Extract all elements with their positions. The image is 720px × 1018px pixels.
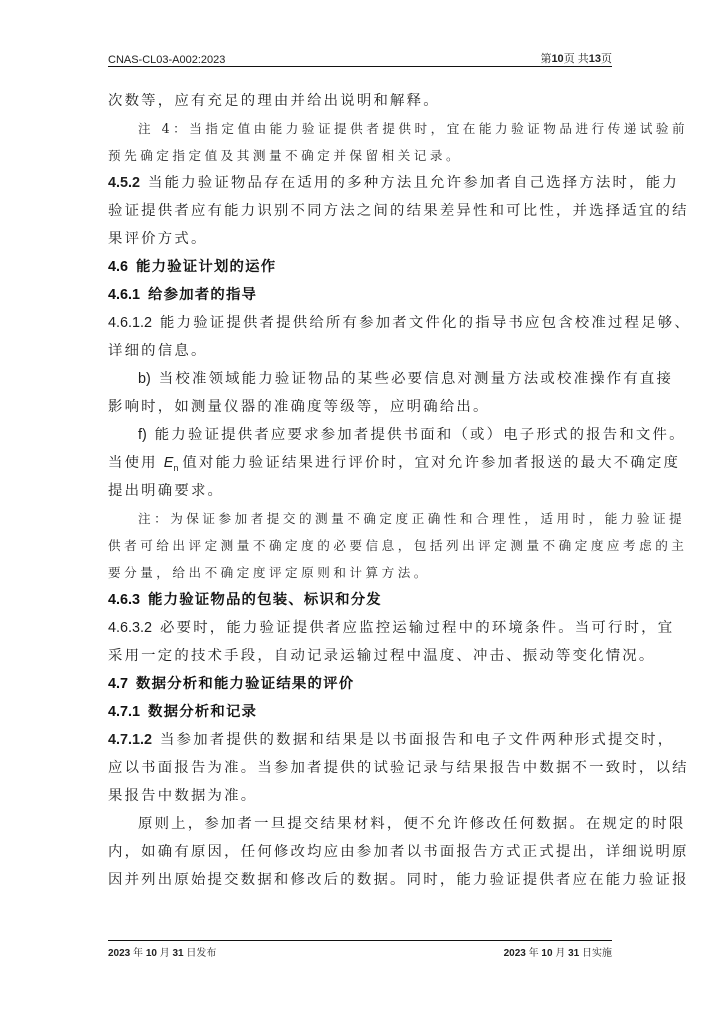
note-line: 注：为保证参加者提交的测量不确定度正确性和合理性，适用时，能力验证提 <box>108 505 612 532</box>
page-header: CNAS-CL03-A002:2023 第10页 共13页 <box>108 50 612 66</box>
paragraph-line: 当使用En值对能力验证结果进行评价时，宜对允许参加者报送的最大不确定度 <box>108 449 612 477</box>
en-symbol: En <box>164 455 179 471</box>
note-4-line: 预先确定指定值及其测量不确定并保留相关记录。 <box>108 142 612 169</box>
clause-4-5-2: 4.5.2当能力验证物品存在适用的多种方法且允许参加者自己选择方法时，能力 <box>108 169 612 197</box>
header-divider <box>108 66 612 67</box>
paragraph-line: 提出明确要求。 <box>108 477 612 505</box>
section-heading-4-7-1: 4.7.1数据分析和记录 <box>108 698 612 726</box>
section-heading-4-6-3: 4.6.3能力验证物品的包装、标识和分发 <box>108 586 612 614</box>
clause-4-6-3-2: 4.6.3.2必要时，能力验证提供者应监控运输过程中的环境条件。当可行时，宜 <box>108 614 612 642</box>
paragraph-line: 影响时，如测量仪器的准确度等级等，应明确给出。 <box>108 393 612 421</box>
note-line: 要分量，给出不确定度评定原则和计算方法。 <box>108 559 612 586</box>
paragraph-line: 因并列出原始提交数据和修改后的数据。同时，能力验证提供者应在能力验证报 <box>108 866 612 894</box>
clause-number: 4.7.1.2 <box>108 732 152 748</box>
section-heading-4-6: 4.6能力验证计划的运作 <box>108 253 612 281</box>
paragraph-line: 应以书面报告为准。当参加者提供的试验记录与结果报告中数据不一致时，以结 <box>108 754 612 782</box>
clause-number: 4.6.3.2 <box>108 620 152 636</box>
clause-number: 4.6.1.2 <box>108 315 152 331</box>
section-heading-4-6-1: 4.6.1给参加者的指导 <box>108 281 612 309</box>
page-indicator: 第10页 共13页 <box>540 50 612 66</box>
list-item-f: f)能力验证提供者应要求参加者提供书面和（或）电子形式的报告和文件。 <box>108 421 612 449</box>
document-body: 次数等，应有充足的理由并给出说明和解释。 注 4：当指定值由能力验证提供者提供时… <box>108 87 612 894</box>
paragraph-line: 验证提供者应有能力识别不同方法之间的结果差异性和可比性，并选择适宜的结 <box>108 197 612 225</box>
list-label: f) <box>138 427 147 443</box>
clause-number: 4.5.2 <box>108 175 140 191</box>
document-page: CNAS-CL03-A002:2023 第10页 共13页 次数等，应有充足的理… <box>0 0 720 1018</box>
paragraph-line: 采用一定的技术手段，自动记录运输过程中温度、冲击、振动等变化情况。 <box>108 642 612 670</box>
paragraph-line: 内，如确有原因，任何修改均应由参加者以书面报告方式正式提出，详细说明原 <box>108 838 612 866</box>
paragraph-line: 次数等，应有充足的理由并给出说明和解释。 <box>108 87 612 115</box>
paragraph-line: 果报告中数据为准。 <box>108 782 612 810</box>
total-pages-number: 13 <box>589 53 601 65</box>
clause-4-7-1-2: 4.7.1.2当参加者提供的数据和结果是以书面报告和电子文件两种形式提交时， <box>108 726 612 754</box>
paragraph-line: 原则上，参加者一旦提交结果材料，便不允许修改任何数据。在规定的时限 <box>108 810 612 838</box>
page-footer: 2023 年 10 月 31 日发布 2023 年 10 月 31 日实施 <box>108 943 612 959</box>
clause-4-6-1-2: 4.6.1.2能力验证提供者提供给所有参加者文件化的指导书应包含校准过程足够、 <box>108 309 612 337</box>
paragraph-line: 详细的信息。 <box>108 337 612 365</box>
current-page-number: 10 <box>551 53 563 65</box>
document-code: CNAS-CL03-A002:2023 <box>108 54 225 66</box>
list-item-b: b)当校准领域能力验证物品的某些必要信息对测量方法或校准操作有直接 <box>108 365 612 393</box>
note-4-line: 注 4：当指定值由能力验证提供者提供时，宜在能力验证物品进行传递试验前 <box>108 115 612 142</box>
section-heading-4-7: 4.7数据分析和能力验证结果的评价 <box>108 670 612 698</box>
paragraph-line: 果评价方式。 <box>108 225 612 253</box>
publish-date: 2023 年 10 月 31 日发布 <box>108 944 216 959</box>
footer-divider <box>108 940 612 941</box>
list-label: b) <box>138 371 151 387</box>
note-line: 供者可给出评定测量不确定度的必要信息，包括列出评定测量不确定度应考虑的主 <box>108 532 612 559</box>
implementation-date: 2023 年 10 月 31 日实施 <box>504 944 612 959</box>
